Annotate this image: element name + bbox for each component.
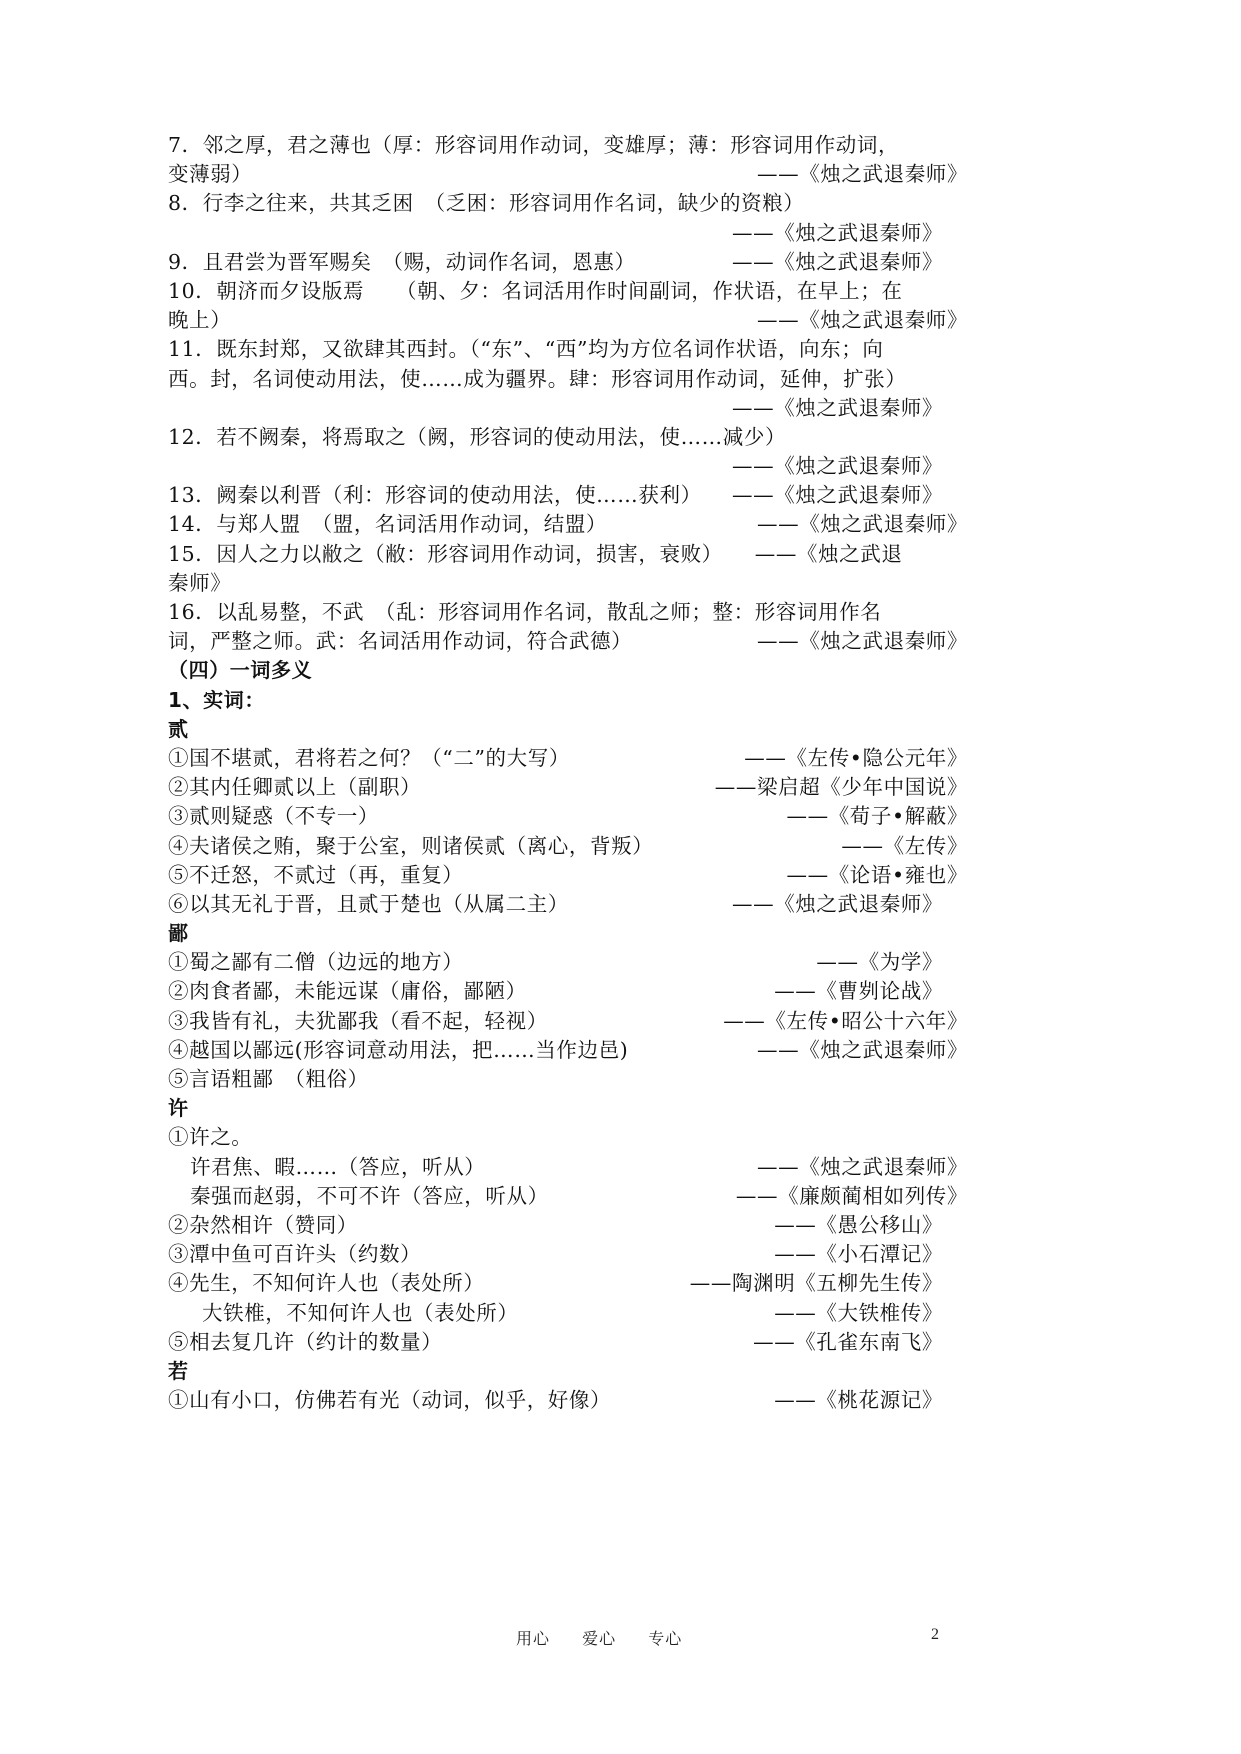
sense-row: ⑤言语粗鄙 （粗俗）: [168, 1065, 968, 1094]
source-citation: ——《左传•昭公十六年》: [723, 1007, 968, 1036]
source-citation: ——《烛之武退秦师》: [757, 1036, 968, 1065]
source-citation: ——《烛之武退秦师》: [732, 481, 943, 510]
source-citation: ——《烛之武退秦师》: [757, 510, 968, 539]
sense-row: ①蜀之鄙有二僧（边远的地方）——《为学》: [168, 948, 968, 977]
source-citation: ——《荀子•解蔽》: [787, 802, 969, 831]
sense-row: ①国不堪贰，君将若之何？（“二”的大写）——《左传•隐公元年》: [168, 744, 968, 773]
sense-row: 秦强而赵弱，不可不许（答应，听从）——《廉颇蔺相如列传》: [168, 1182, 968, 1211]
source-citation: ——《为学》: [816, 948, 943, 977]
source-citation: ——梁启超《少年中国说》: [715, 773, 968, 802]
item-text: 13．阙秦以利晋（利：形容词的使动用法，使……获利）: [168, 481, 702, 510]
sense-row: ②肉食者鄙，未能远谋（庸俗，鄙陋）——《曹刿论战》: [168, 977, 968, 1006]
word-heading: 贰: [168, 715, 968, 744]
word-group-xu: 许 ①许之。 许君焦、暇……（答应，听从）——《烛之武退秦师》 秦强而赵弱，不可…: [168, 1094, 968, 1357]
page-footer: 用心 爱心 专心 2: [0, 1626, 1241, 1650]
item-text: 12．若不阙秦，将焉取之（阙，形容词的使动用法，使……减少）: [168, 423, 786, 452]
item-text: 10．朝济而夕设版焉 （朝、夕：名词活用作时间副词，作状语，在早上；在: [168, 277, 902, 306]
item-text: 11．既东封郑，又欲肆其西封。（“东”、“西”均为方位名词作状语，向东；向: [168, 335, 883, 364]
sense-row: ③我皆有礼，夫犹鄙我（看不起，轻视）——《左传•昭公十六年》: [168, 1007, 968, 1036]
source-citation: ——《愚公移山》: [774, 1211, 943, 1240]
sense-row: ①许之。: [168, 1123, 968, 1152]
source-citation: ——《论语•雍也》: [787, 861, 969, 890]
source-citation: ——《烛之武退秦师》: [757, 1153, 968, 1182]
item-7: 7．邻之厚，君之薄也（厚：形容词用作动词，变雄厚；薄：形容词用作动词， 变薄弱）…: [168, 131, 968, 189]
sense-row: ④夫诸侯之贿，聚于公室，则诸侯贰（离心，背叛）——《左传》: [168, 832, 968, 861]
source-citation: ——《烛之武退秦师》: [732, 248, 943, 277]
item-text: 西。封，名词使动用法，使……成为疆界。肆：形容词用作动词，延伸，扩张）: [168, 365, 907, 394]
sense-row: ④先生，不知何许人也（表处所）——陶渊明《五柳先生传》: [168, 1269, 968, 1298]
sense-row: 许君焦、暇……（答应，听从）——《烛之武退秦师》: [168, 1153, 968, 1182]
word-heading: 若: [168, 1357, 968, 1386]
sense-row: ③潭中鱼可百许头（约数）——《小石潭记》: [168, 1240, 968, 1269]
item-text: 9．且君尝为晋军赐矣 （赐，动词作名词，恩惠）: [168, 248, 636, 277]
source-citation: ——《孔雀东南飞》: [753, 1328, 943, 1357]
item-8: 8．行李之往来，共其乏困 （乏困：形容词用作名词，缺少的资粮） ——《烛之武退秦…: [168, 189, 968, 247]
item-13: 13．阙秦以利晋（利：形容词的使动用法，使……获利）——《烛之武退秦师》: [168, 481, 968, 510]
item-text: 16．以乱易整，不武 （乱：形容词用作名词，散乱之师；整：形容词用作名: [168, 598, 881, 627]
page-number: 2: [931, 1626, 939, 1644]
item-9: 9．且君尝为晋军赐矣 （赐，动词作名词，恩惠）——《烛之武退秦师》: [168, 248, 968, 277]
item-16: 16．以乱易整，不武 （乱：形容词用作名词，散乱之师；整：形容词用作名 词，严整…: [168, 598, 968, 656]
item-12: 12．若不阙秦，将焉取之（阙，形容词的使动用法，使……减少） ——《烛之武退秦师…: [168, 423, 968, 481]
source-citation: ——《烛之武退秦师》: [757, 160, 968, 189]
subsection-heading: 1、实词：: [168, 686, 968, 715]
sense-row: ⑤不迁怒，不贰过（再，重复）——《论语•雍也》: [168, 861, 968, 890]
word-heading: 鄙: [168, 919, 968, 948]
sense-row: ③贰则疑惑（不专一）——《荀子•解蔽》: [168, 802, 968, 831]
word-heading: 许: [168, 1094, 968, 1123]
word-group-bi: 鄙 ①蜀之鄙有二僧（边远的地方）——《为学》 ②肉食者鄙，未能远谋（庸俗，鄙陋）…: [168, 919, 968, 1094]
item-text: 词，严整之师。武：名词活用作动词，符合武德）: [168, 627, 632, 656]
motto-word: 爱心: [582, 1629, 616, 1648]
item-text: 15．因人之力以敝之（敝：形容词用作动词，损害，衰败） ——《烛之武退: [168, 540, 902, 569]
source-citation: ——《左传》: [841, 832, 968, 861]
source-citation: ——《烛之武退秦师》: [732, 394, 943, 423]
item-text: 晚上）: [168, 306, 231, 335]
section-heading: （四）一词多义: [168, 656, 968, 685]
source-citation: ——《烛之武退秦师》: [757, 627, 968, 656]
footer-motto: 用心 爱心 专心: [516, 1626, 708, 1649]
source-citation: ——《廉颇蔺相如列传》: [736, 1182, 968, 1211]
source-citation: ——《曹刿论战》: [774, 977, 943, 1006]
item-text: 8．行李之往来，共其乏困 （乏困：形容词用作名词，缺少的资粮）: [168, 189, 804, 218]
source-citation: ——《烛之武退秦师》: [732, 890, 943, 919]
sense-row: ②杂然相许（赞同）——《愚公移山》: [168, 1211, 968, 1240]
source-citation: ——陶渊明《五柳先生传》: [690, 1269, 943, 1298]
source-citation: ——《烛之武退秦师》: [732, 452, 943, 481]
item-10: 10．朝济而夕设版焉 （朝、夕：名词活用作时间副词，作状语，在早上；在 晚上）—…: [168, 277, 968, 335]
item-15: 15．因人之力以敝之（敝：形容词用作动词，损害，衰败） ——《烛之武退 秦师》: [168, 540, 968, 598]
source-citation: ——《烛之武退秦师》: [732, 219, 943, 248]
item-text: 秦师》: [168, 569, 231, 598]
motto-word: 用心: [516, 1629, 550, 1648]
source-citation: ——《桃花源记》: [774, 1386, 943, 1415]
word-group-ruo: 若 ①山有小口，仿佛若有光（动词，似乎，好像）——《桃花源记》: [168, 1357, 968, 1415]
document-page: 7．邻之厚，君之薄也（厚：形容词用作动词，变雄厚；薄：形容词用作动词， 变薄弱）…: [168, 131, 968, 1415]
item-text: 7．邻之厚，君之薄也（厚：形容词用作动词，变雄厚；薄：形容词用作动词，: [168, 131, 899, 160]
sense-row: ②其内任卿贰以上（副职）——梁启超《少年中国说》: [168, 773, 968, 802]
source-citation: ——《小石潭记》: [774, 1240, 943, 1269]
word-group-er: 贰 ①国不堪贰，君将若之何？（“二”的大写）——《左传•隐公元年》 ②其内任卿贰…: [168, 715, 968, 919]
source-citation: ——《左传•隐公元年》: [744, 744, 968, 773]
source-citation: ——《大铁椎传》: [774, 1299, 943, 1328]
motto-word: 专心: [648, 1629, 682, 1648]
sense-row: ④越国以鄙远(形容词意动用法，把……当作边邑)——《烛之武退秦师》: [168, 1036, 968, 1065]
item-text: 变薄弱）: [168, 160, 252, 189]
sense-row: ⑤相去复几许（约计的数量）——《孔雀东南飞》: [168, 1328, 968, 1357]
item-11: 11．既东封郑，又欲肆其西封。（“东”、“西”均为方位名词作状语，向东；向 西。…: [168, 335, 968, 423]
source-citation: ——《烛之武退秦师》: [757, 306, 968, 335]
item-14: 14．与郑人盟 （盟，名词活用作动词，结盟）——《烛之武退秦师》: [168, 510, 968, 539]
item-text: 14．与郑人盟 （盟，名词活用作动词，结盟）: [168, 510, 607, 539]
sense-row: 大铁椎，不知何许人也（表处所）——《大铁椎传》: [168, 1299, 968, 1328]
sense-row: ①山有小口，仿佛若有光（动词，似乎，好像）——《桃花源记》: [168, 1386, 968, 1415]
sense-row: ⑥以其无礼于晋，且贰于楚也（从属二主）——《烛之武退秦师》: [168, 890, 968, 919]
